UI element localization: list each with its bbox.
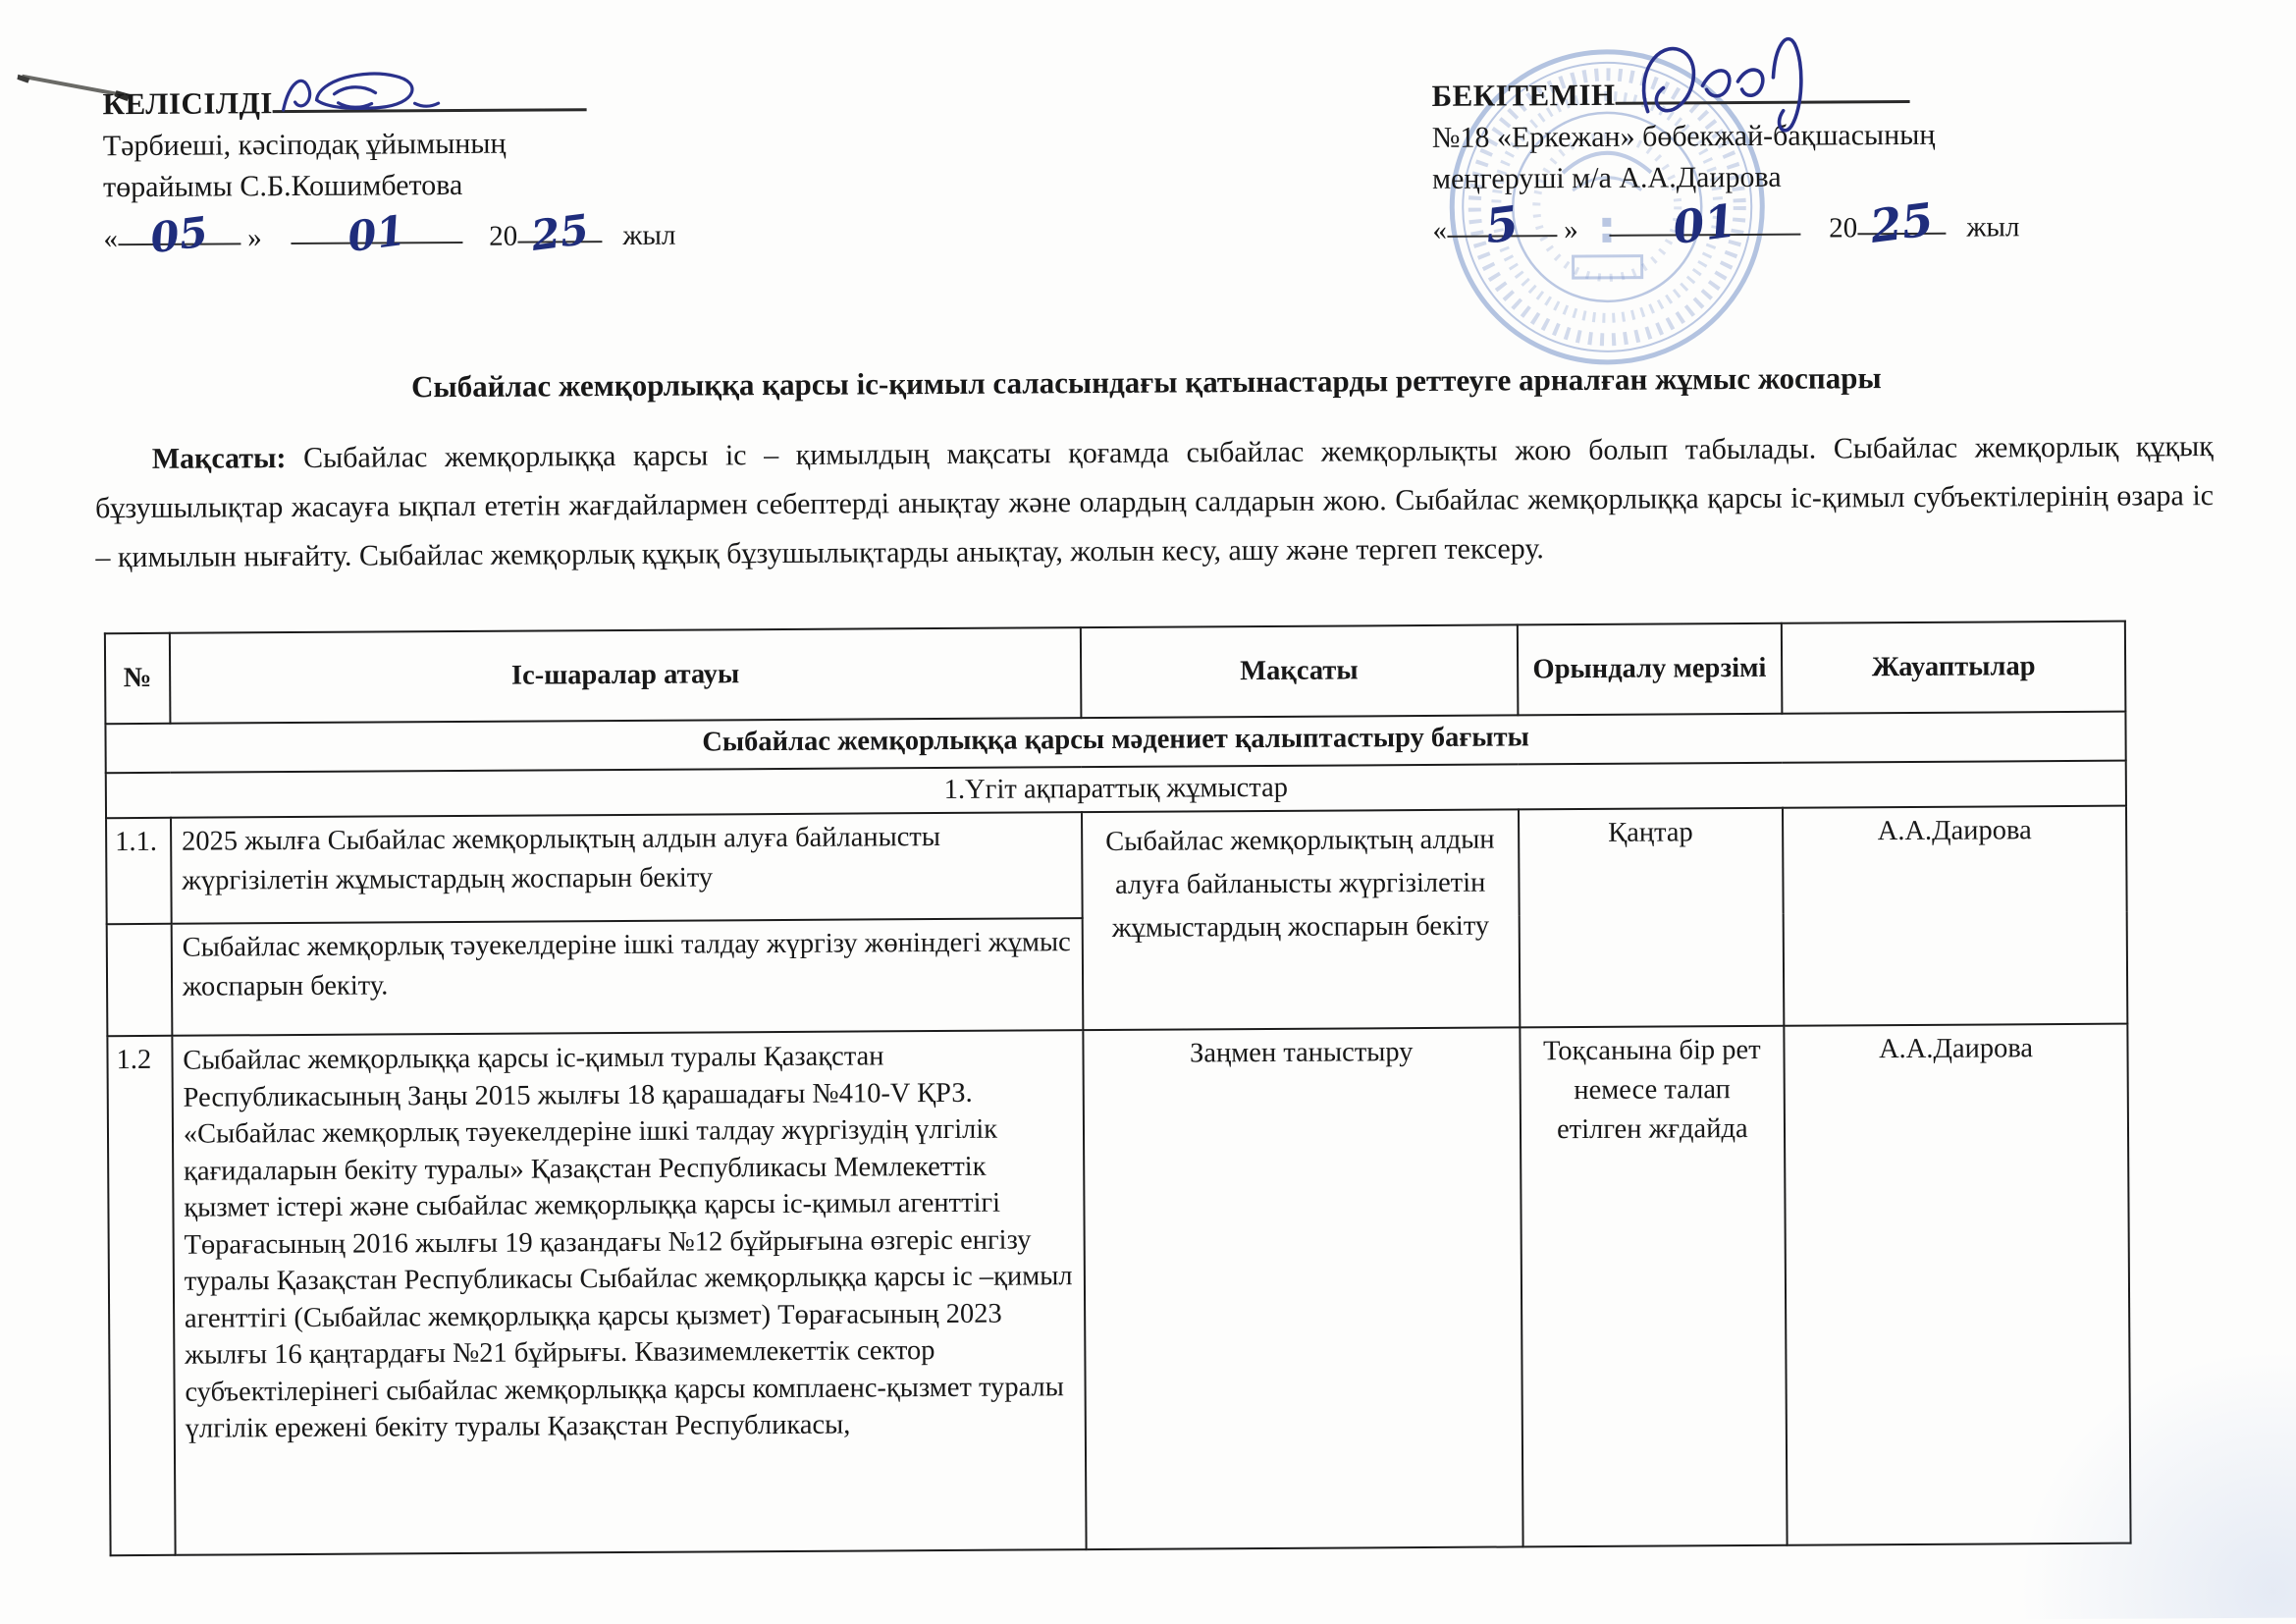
approval-left-block: КЕЛІСІЛДІ Тәрбиеші, кәсіподақ ұйымының т… [102,78,731,259]
header-responsible: Жауаптылар [1782,622,2125,714]
handwritten-day: 05 [149,222,209,248]
scan-smudge-artifact [2016,1349,2296,1620]
table-row-1-2: 1.2 Сыбайлас жемқорлыққа қарсы іс-қимыл … [107,1024,2130,1556]
cell-activity-1-1-b: Сыбайлас жемқорлық тәуекелдеріне ішкі та… [172,918,1084,1036]
purpose-text: Сыбайлас жемқорлыққа қарсы іс – қимылдың… [95,430,2214,573]
signature-line-right [1615,71,1909,105]
cell-responsible-1-1: А.А.Даирова [1783,806,2127,1026]
approval-right-role-1: №18 «Еркежан» бөбекжай-бақшасының [1432,113,2159,159]
century-text: 20 [489,221,517,252]
cell-term-1-2: Тоқсанына бір рет немесе талап етілген ж… [1520,1026,1788,1547]
quote-open: « [1432,215,1447,246]
scan-content: КЕЛІСІЛДІ Тәрбиеші, кәсіподақ ұйымының т… [0,0,2296,1624]
cell-num-1-2: 1.2 [107,1036,175,1555]
year-word: жыл [622,220,675,251]
table-header-row: № Іс-шаралар атауы Мақсаты Орындалу мерз… [105,622,2126,725]
year-line: 25 [1857,207,1946,236]
year-word: жыл [1966,211,2019,243]
cell-activity-1-2: Сыбайлас жемқорлыққа қарсы іс-қимыл тура… [172,1030,1086,1555]
month-line: 01 [1609,208,1800,237]
handwritten-month: 01 [347,221,406,247]
plan-table-container: № Іс-шаралар атауы Мақсаты Орындалу мерз… [104,621,2132,1557]
purpose-label: Мақсаты: [152,442,287,475]
approval-right-role-2: меңгеруші м/а А.А.Даирова [1432,154,2159,200]
approval-right-block: БЕКІТЕМІН №18 «Еркежан» бөбекжай-бақшасы… [1431,69,2159,251]
header-purpose: Мақсаты [1081,624,1518,718]
cell-purpose-1-1: Сыбайлас жемқорлықтың алдын алуға байлан… [1082,809,1520,1030]
handwritten-year: 25 [530,220,590,246]
agreed-label: КЕЛІСІЛДІ [102,85,273,121]
cell-purpose-1-2: Заңмен таныстыру [1083,1027,1522,1549]
quote-close: » [247,222,262,253]
century-text: 20 [1829,212,1857,244]
approval-right-title-line: БЕКІТЕМІН [1431,69,2158,118]
approval-left-role-1: Тәрбиеші, кәсіподақ ұйымының [103,122,731,167]
handwritten-year: 25 [1869,209,1934,237]
purpose-paragraph: Мақсаты: Сыбайлас жемқорлыққа қарсы іс –… [95,422,2215,582]
document-title: Сыбайлас жемқорлыққа қарсы іс-қимыл сала… [0,358,2294,407]
signature-line-left [273,79,587,113]
approval-right-date: «5 » 01 2025 жыл [1432,205,2159,251]
handwritten-month: 01 [1672,210,1736,238]
approve-label: БЕКІТЕМІН [1431,78,1615,113]
quote-close: » [1564,214,1578,245]
month-line: 01 [291,216,462,244]
quote-open: « [103,223,118,254]
cell-activity-1-1-a: 2025 жылға Сыбайлас жемқорлықтың алдын а… [171,812,1083,924]
handwritten-day: 5 [1484,213,1520,237]
cell-term-1-1: Қаңтар [1519,808,1785,1028]
approval-left-title-line: КЕЛІСІЛДІ [102,78,730,126]
table-row-1-1-a: 1.1. 2025 жылға Сыбайлас жемқорлықтың ал… [106,806,2127,925]
approval-left-role-2: төрайымы С.Б.Кошимбетова [103,163,731,208]
scanned-document-page: КЕЛІСІЛДІ Тәрбиеші, кәсіподақ ұйымының т… [0,0,2296,1624]
day-line: 5 [1447,209,1557,238]
header-activity: Іс-шаралар атауы [170,627,1082,724]
cell-num-1-1: 1.1. [106,818,172,924]
approval-left-date: «05 » 01 2025 жыл [103,214,731,259]
cell-num-1-1-b [107,924,173,1036]
day-line: 05 [118,217,240,245]
header-term: Орындалу мерзімі [1517,623,1782,716]
plan-table: № Іс-шаралар атауы Мақсаты Орындалу мерз… [104,621,2132,1557]
year-line: 25 [517,215,602,244]
header-number: № [105,633,170,724]
